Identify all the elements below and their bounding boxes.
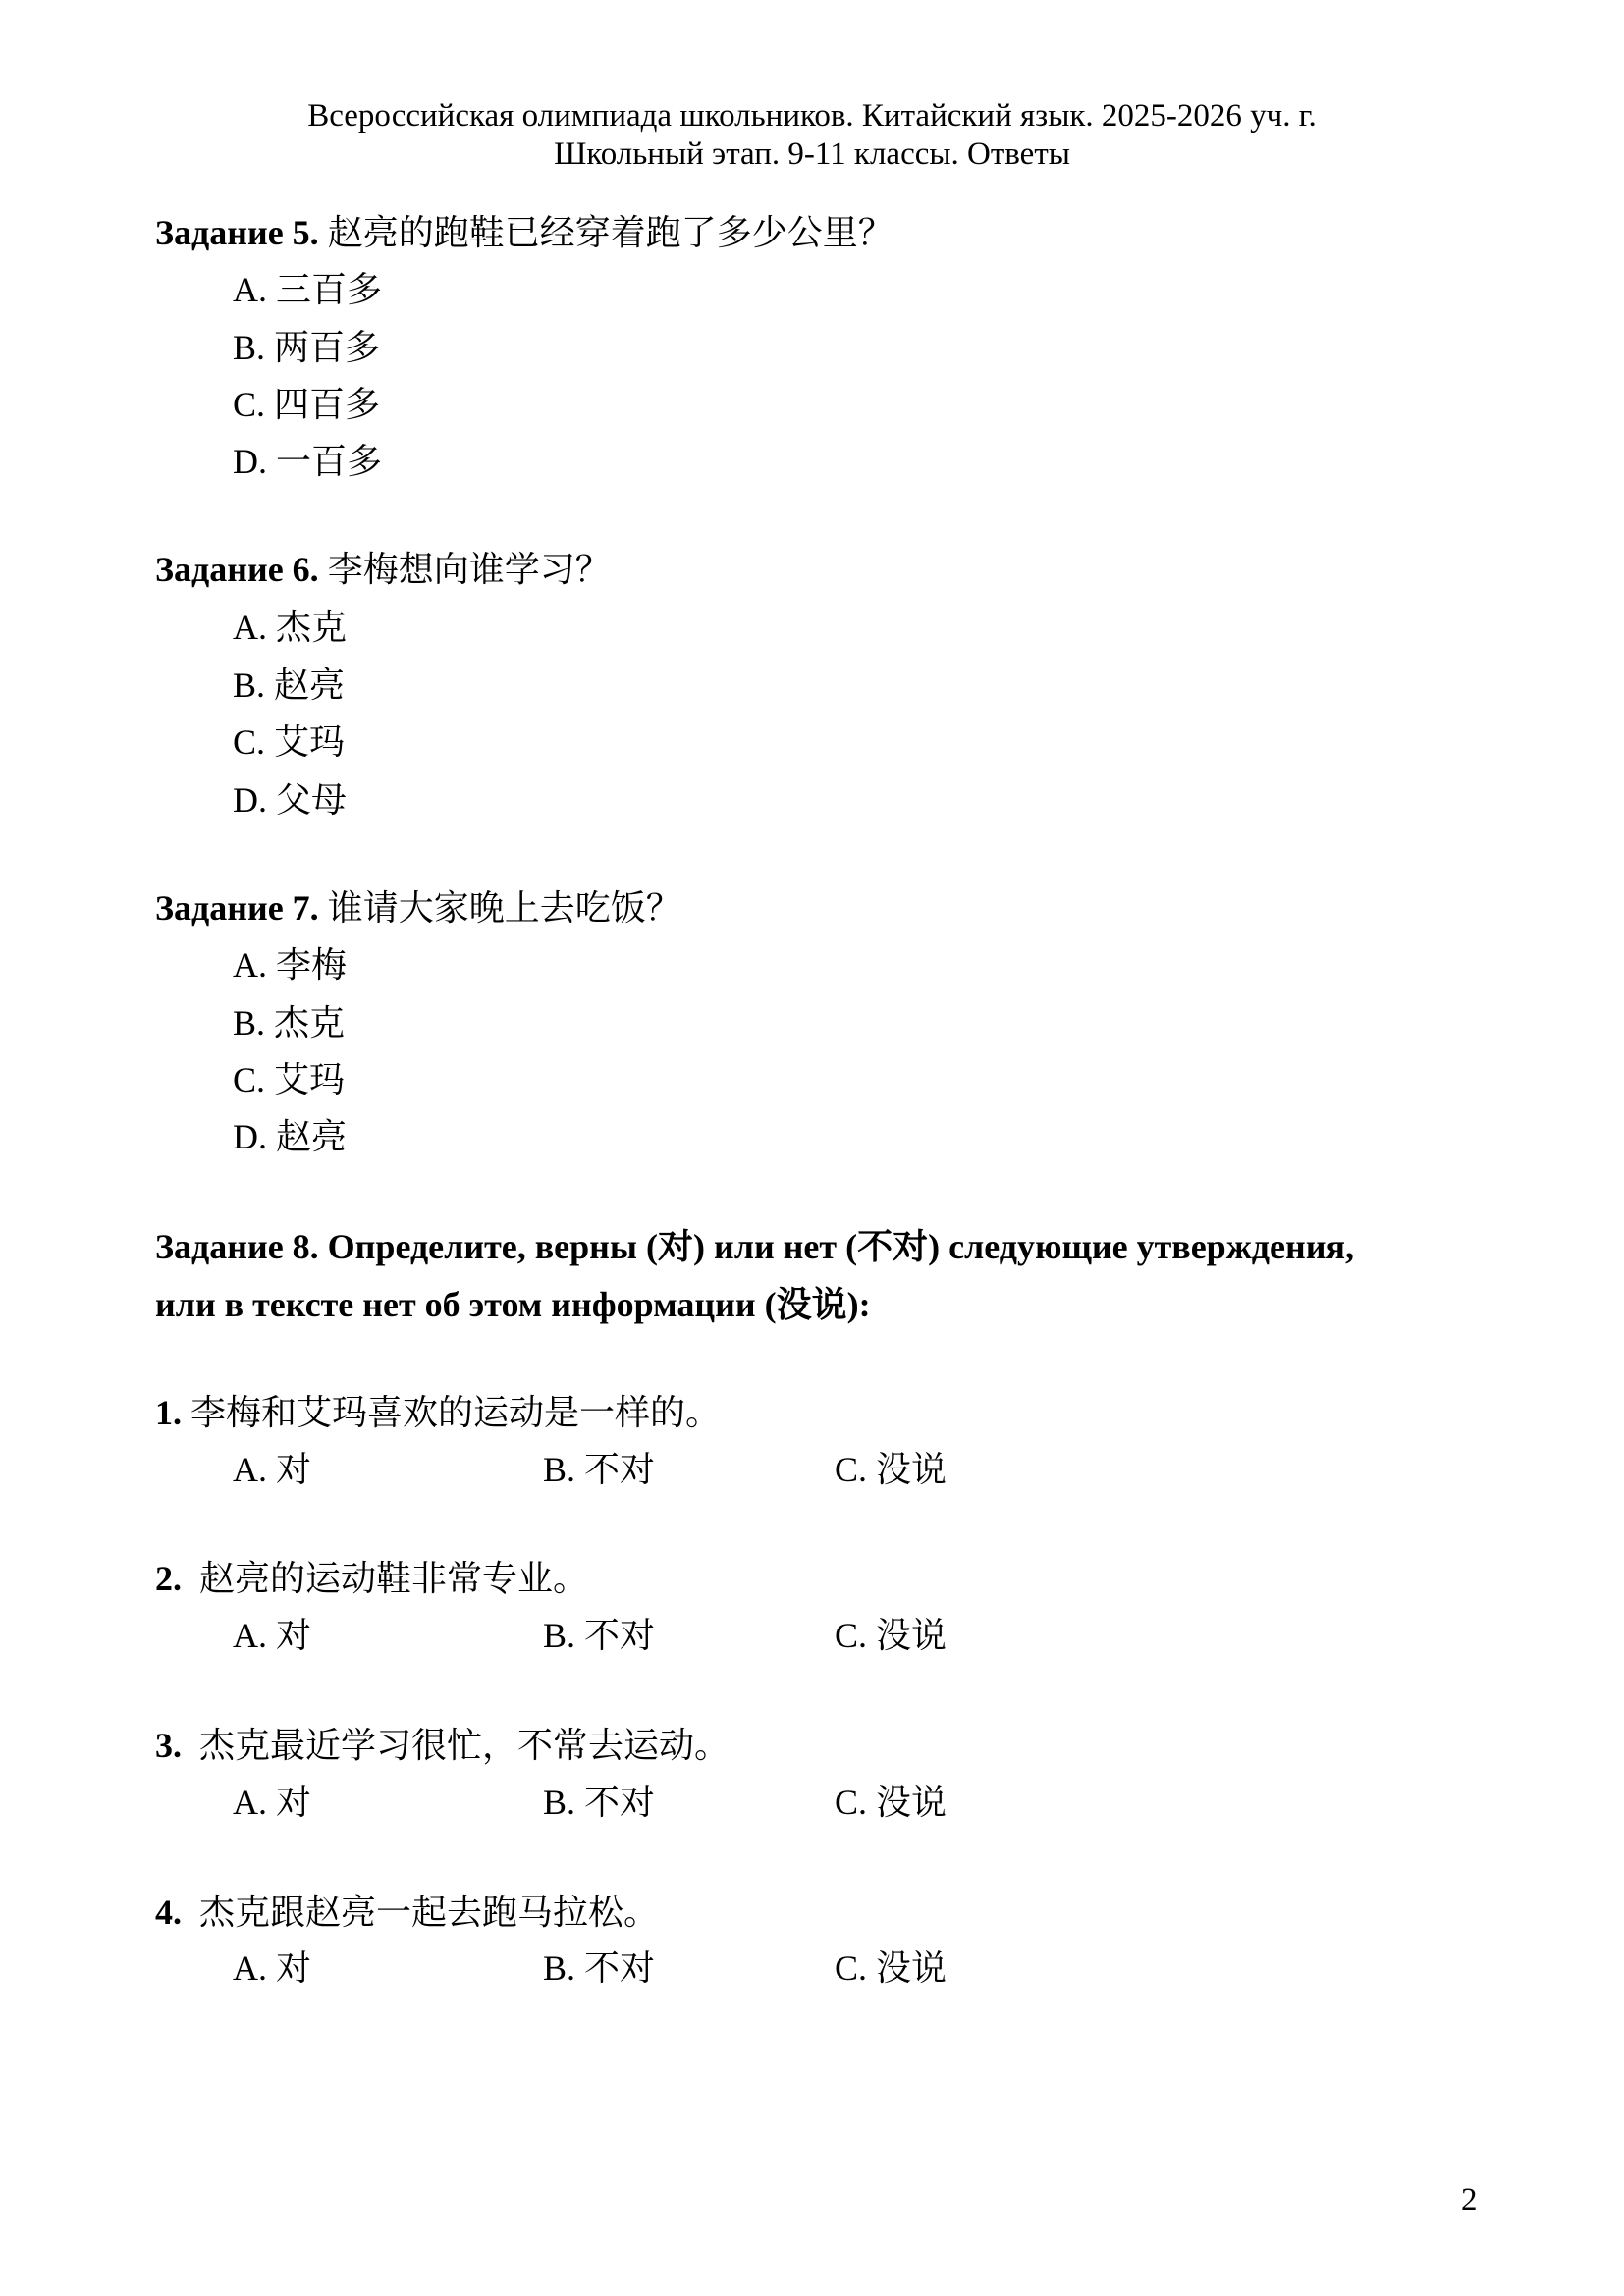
statement-2-number: 2. [155,1559,182,1598]
statement-3-option-c[interactable]: C. 没说 [835,1785,947,1820]
statement-2-option-c[interactable]: C. 没说 [835,1618,947,1653]
statement-1-option-c[interactable]: C. 没说 [835,1452,947,1487]
statement-1: 1. 李梅和艾玛喜欢的运动是一样的。 [155,1395,721,1430]
question-6-option-a[interactable]: A. 杰克 [233,610,347,645]
question-6-label: Задание 6. [155,550,319,589]
statement-3-option-a[interactable]: A. 对 [233,1785,311,1820]
question-6-title: Задание 6. 李梅想向谁学习？ [155,552,611,587]
statement-2: 2. 赵亮的运动鞋非常专业。 [155,1561,588,1596]
statement-4-text: 杰克跟赵亮一起去跑马拉松。 [182,1893,659,1932]
statement-2-text: 赵亮的运动鞋非常专业。 [182,1559,588,1598]
statement-3-text: 杰克最近学习很忙，不常去运动。 [182,1726,730,1765]
statement-4-option-a[interactable]: A. 对 [233,1950,311,1986]
document-header-line1: Всероссийская олимпиада школьников. Кита… [0,100,1624,133]
question-7-title: Задание 7. 谁请大家晚上去吃饭？ [155,890,681,926]
page-number: 2 [1461,2184,1478,2216]
statement-1-text: 李梅和艾玛喜欢的运动是一样的。 [182,1393,721,1432]
question-6-option-b[interactable]: B. 赵亮 [233,667,345,703]
question-5-title: Задание 5. 赵亮的跑鞋已经穿着跑了多少公里？ [155,215,893,250]
question-5-text: 赵亮的跑鞋已经穿着跑了多少公里？ [319,213,893,252]
task-8-instruction-text1: Задание 8. Определите, верны (对) или нет… [155,1227,1354,1266]
task-8-instruction-line2: или в тексте нет об этом информации (没说)… [155,1287,871,1322]
question-5-label: Задание 5. [155,213,319,252]
question-5-option-d[interactable]: D. 一百多 [233,444,382,479]
question-7-option-a[interactable]: A. 李梅 [233,947,347,983]
question-5-option-a[interactable]: A. 三百多 [233,272,382,307]
statement-4-option-c[interactable]: C. 没说 [835,1950,947,1986]
question-7-option-b[interactable]: B. 杰克 [233,1005,345,1041]
question-5-option-c[interactable]: C. 四百多 [233,387,380,422]
statement-2-option-a[interactable]: A. 对 [233,1618,311,1653]
statement-3-option-b[interactable]: B. 不对 [543,1785,655,1820]
statement-3: 3. 杰克最近学习很忙，不常去运动。 [155,1728,730,1763]
question-6-option-c[interactable]: C. 艾玛 [233,724,345,760]
task-8-instruction-text2: или в тексте нет об этом информации (没说)… [155,1285,871,1324]
question-5-option-b[interactable]: B. 两百多 [233,330,380,365]
question-6-option-d[interactable]: D. 父母 [233,782,347,818]
question-7-label: Задание 7. [155,888,319,928]
statement-4: 4. 杰克跟赵亮一起去跑马拉松。 [155,1895,659,1930]
statement-1-option-b[interactable]: B. 不对 [543,1452,655,1487]
statement-4-number: 4. [155,1893,182,1932]
statement-3-number: 3. [155,1726,182,1765]
task-8-instruction-line1: Задание 8. Определите, верны (对) или нет… [155,1229,1354,1264]
question-7-option-d[interactable]: D. 赵亮 [233,1119,347,1154]
question-7-option-c[interactable]: C. 艾玛 [233,1062,345,1097]
question-7-text: 谁请大家晚上去吃饭？ [319,888,681,928]
question-6-text: 李梅想向谁学习？ [319,550,611,589]
statement-2-option-b[interactable]: B. 不对 [543,1618,655,1653]
statement-4-option-b[interactable]: B. 不对 [543,1950,655,1986]
statement-1-option-a[interactable]: A. 对 [233,1452,311,1487]
statement-1-number: 1. [155,1393,182,1432]
document-header-line2: Школьный этап. 9-11 классы. Ответы [0,138,1624,171]
